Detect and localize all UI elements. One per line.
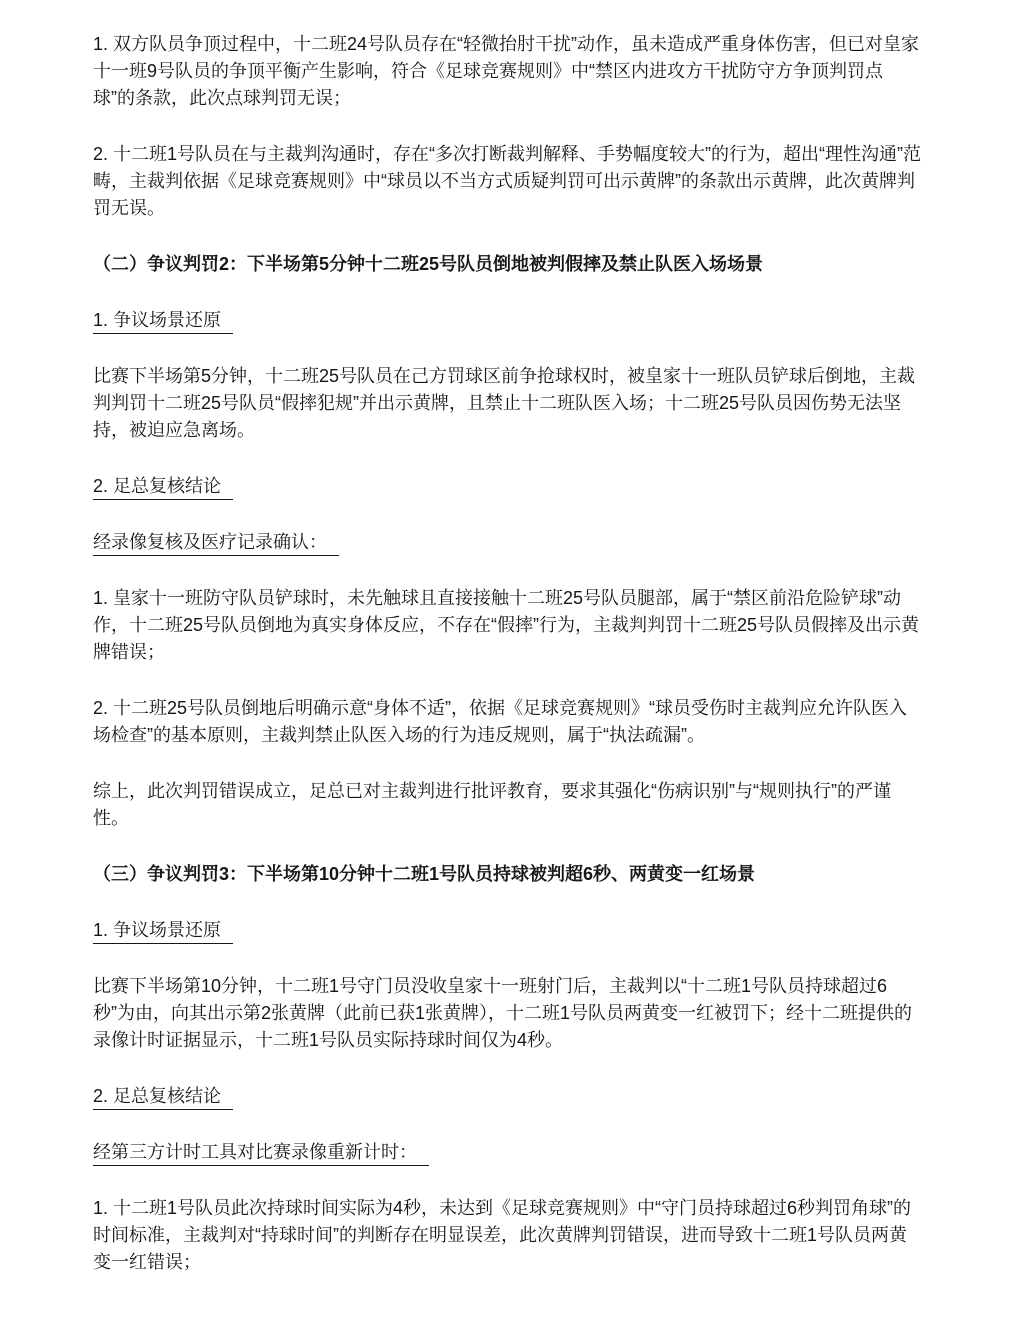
scene-description-paragraph-1: 比赛下半场第5分钟，十二班25号队员在己方罚球区前争抢球权时，被皇家十一班队员铲… <box>93 363 923 444</box>
subheading-fa-review-conclusion-1-label: 2. 足总复核结论 <box>93 476 233 500</box>
conclusion-point-1-paragraph: 1. 皇家十一班防守队员铲球时，未先触球且直接接触十二班25号队员腿部，属于“禁… <box>93 585 923 666</box>
review-point-1-paragraph: 1. 双方队员争顶过程中，十二班24号队员存在“轻微抬肘干扰”动作，虽未造成严重… <box>93 31 923 112</box>
subheading-fa-review-conclusion-2-label: 2. 足总复核结论 <box>93 1086 233 1110</box>
section-heading-dispute-3: （三）争议判罚3：下半场第10分钟十二班1号队员持球被判超6秒、两黄变一红场景 <box>93 861 923 888</box>
subheading-scene-restore-2-label: 1. 争议场景还原 <box>93 920 233 944</box>
subheading-fa-review-conclusion-1: 2. 足总复核结论 <box>93 473 923 500</box>
underlined-lead-line-2-label: 经第三方计时工具对比赛录像重新计时： <box>93 1142 429 1166</box>
underlined-lead-line-1-label: 经录像复核及医疗记录确认： <box>93 532 339 556</box>
subheading-fa-review-conclusion-2: 2. 足总复核结论 <box>93 1083 923 1110</box>
underlined-lead-line-2: 经第三方计时工具对比赛录像重新计时： <box>93 1139 923 1166</box>
document-page: 1. 双方队员争顶过程中，十二班24号队员存在“轻微抬肘干扰”动作，虽未造成严重… <box>0 0 1019 1325</box>
underlined-lead-line-1: 经录像复核及医疗记录确认： <box>93 529 923 556</box>
retiming-point-1-paragraph: 1. 十二班1号队员此次持球时间实际为4秒，未达到《足球竞赛规则》中“守门员持球… <box>93 1195 923 1276</box>
scene-description-paragraph-2: 比赛下半场第10分钟，十二班1号守门员没收皇家十一班射门后，主裁判以“十二班1号… <box>93 973 923 1054</box>
subheading-scene-restore-1: 1. 争议场景还原 <box>93 307 923 334</box>
summary-paragraph: 综上，此次判罚错误成立，足总已对主裁判进行批评教育，要求其强化“伤病识别”与“规… <box>93 778 923 832</box>
subheading-scene-restore-1-label: 1. 争议场景还原 <box>93 310 233 334</box>
review-point-2-paragraph: 2. 十二班1号队员在与主裁判沟通时，存在“多次打断裁判解释、手势幅度较大”的行… <box>93 141 923 222</box>
conclusion-point-2-paragraph: 2. 十二班25号队员倒地后明确示意“身体不适”，依据《足球竞赛规则》“球员受伤… <box>93 695 923 749</box>
subheading-scene-restore-2: 1. 争议场景还原 <box>93 917 923 944</box>
section-heading-dispute-2: （二）争议判罚2：下半场第5分钟十二班25号队员倒地被判假摔及禁止队医入场场景 <box>93 251 923 278</box>
